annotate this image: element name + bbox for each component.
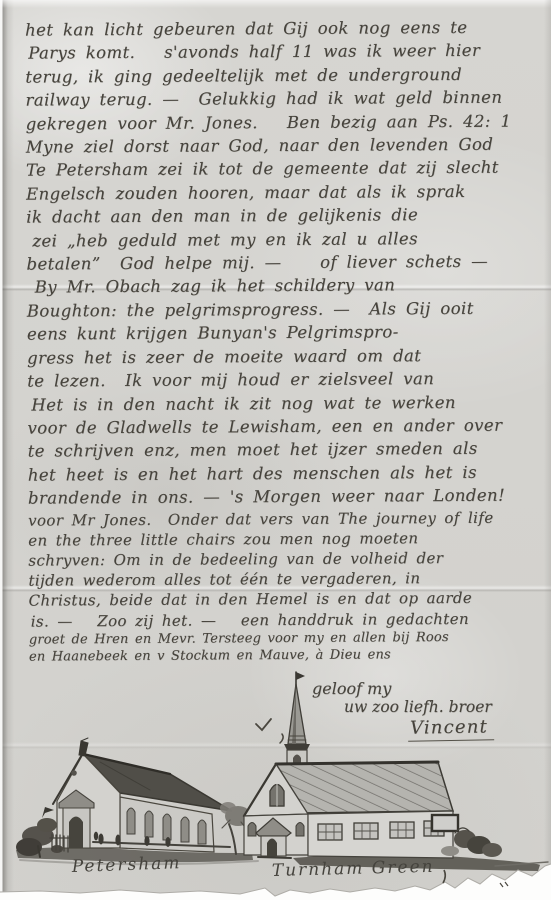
handwritten-line: terug, ik ging gedeeltelijk met de under… [25, 62, 541, 89]
small-window-right [296, 823, 304, 837]
small-window-left [248, 823, 256, 837]
spire-cone [288, 684, 306, 744]
church-sketches: Petersham Turnham Green [0, 650, 551, 900]
handwritten-line: het kan licht gebeuren dat Gij ook nog e… [25, 15, 541, 42]
handwritten-line: Boughton: the pelgrimsprogress. — Als Gi… [27, 296, 543, 323]
porch-door [267, 839, 277, 857]
handwritten-line: voor Mr Jones. Onder dat vers van The jo… [28, 507, 544, 530]
handwritten-line: is. — Zoo zij het. — een handdruk in ged… [29, 608, 545, 631]
handwritten-line: ik dacht aan den man in de gelijkenis di… [26, 203, 542, 230]
scanned-letter-page: het kan licht gebeuren dat Gij ook nog e… [0, 0, 551, 900]
petersham-church-sketch [16, 738, 258, 864]
notice-board [432, 815, 458, 831]
handwritten-line: betalen” God helpe mij. — of liever sche… [26, 249, 542, 276]
bell-finial [79, 738, 88, 756]
handwritten-line: gress het is zeer de moeite waard om dat [27, 343, 543, 370]
turnham-green-church-sketch [244, 672, 548, 871]
handwritten-line: te lezen. Ik voor mij houd er zielsveel … [27, 367, 543, 394]
caption-petersham: Petersham [70, 853, 181, 877]
paper-edge-highlight [0, 0, 551, 8]
spire-cap [284, 744, 310, 750]
porch-door [69, 817, 83, 849]
handwritten-line: Myne ziel dorst naar God, naar den leven… [26, 132, 542, 159]
handwritten-line: By Mr. Obach zag ik het schildery van [27, 273, 543, 300]
handwritten-line: Christus, beide dat in den Hemel is en d… [29, 588, 545, 611]
handwritten-line: railway terug. — Gelukkig had ik wat gel… [25, 86, 541, 113]
handwritten-line: brandende in ons. — 's Morgen weer naar … [28, 484, 544, 511]
handwritten-line: Engelsch zouden hooren, maar dat als ik … [26, 179, 542, 206]
pen-flourish [256, 719, 283, 743]
letter-paper: het kan licht gebeuren dat Gij ook nog e… [0, 0, 551, 900]
handwritten-line: eens kunt krijgen Bunyan's Pelgrimspro- [27, 320, 543, 347]
handwritten-line: te schrijven enz, men moet het ijzer sme… [28, 437, 544, 464]
handwritten-line: Het is in den nacht ik zit nog wat te we… [27, 390, 543, 417]
handwritten-line: Te Petersham zei ik tot de gemeente dat … [26, 156, 542, 183]
caption-turnham-green: Turnham Green [272, 857, 435, 881]
spire [280, 672, 314, 774]
handwritten-line: zei „heb geduld met my en ik zal u alles [26, 226, 542, 253]
handwritten-line: gekregen voor Mr. Jones. Ben bezig aan P… [26, 109, 542, 136]
handwritten-line: Parys komt. s'avonds half 11 was ik weer… [25, 39, 541, 66]
letter-body-text: het kan licht gebeuren dat Gij ook nog e… [25, 15, 545, 666]
handwritten-line: het heet is en het hart des menschen als… [28, 460, 544, 487]
round-window [71, 770, 77, 776]
handwritten-line: voor de Gladwells te Lewisham, een en an… [27, 413, 543, 440]
